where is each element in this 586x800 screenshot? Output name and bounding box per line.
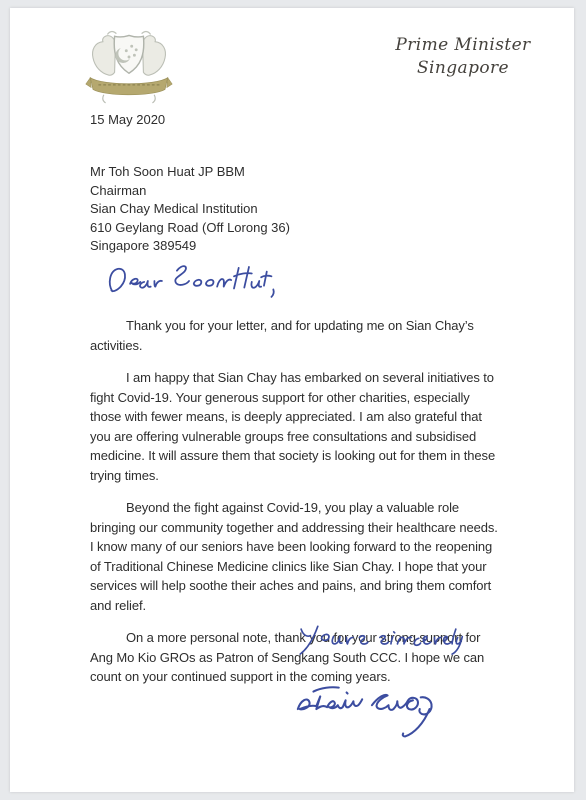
recipient-city-postcode: Singapore 389549: [90, 237, 290, 256]
recipient-organisation: Sian Chay Medical Institution: [90, 200, 290, 219]
recipient-street: 610 Geylang Road (Off Lorong 36): [90, 219, 290, 238]
body-paragraph: Beyond the fight against Covid-19, you p…: [90, 498, 504, 615]
letterhead-office-line: Prime Minister: [378, 34, 548, 57]
body-paragraph: I am happy that Sian Chay has embarked o…: [90, 368, 504, 485]
singapore-coat-of-arms-icon: [84, 24, 174, 108]
handwritten-closing: [290, 621, 466, 665]
letterhead-country-line: Singapore: [378, 57, 548, 80]
letter-page: Prime Minister Singapore 15 May 2020 Mr …: [10, 8, 574, 792]
letterhead-office: Prime Minister Singapore: [378, 34, 548, 80]
handwritten-salutation: [102, 258, 278, 304]
scanned-letter-screenshot: { "letterhead": { "crest_icon": "singapo…: [0, 0, 586, 800]
body-paragraph: Thank you for your letter, and for updat…: [90, 316, 504, 355]
recipient-address-block: Mr Toh Soon Huat JP BBM Chairman Sian Ch…: [90, 163, 290, 256]
recipient-title: Chairman: [90, 182, 290, 201]
handwritten-signature: [290, 679, 490, 747]
recipient-name: Mr Toh Soon Huat JP BBM: [90, 163, 290, 182]
letter-date: 15 May 2020: [90, 112, 165, 127]
